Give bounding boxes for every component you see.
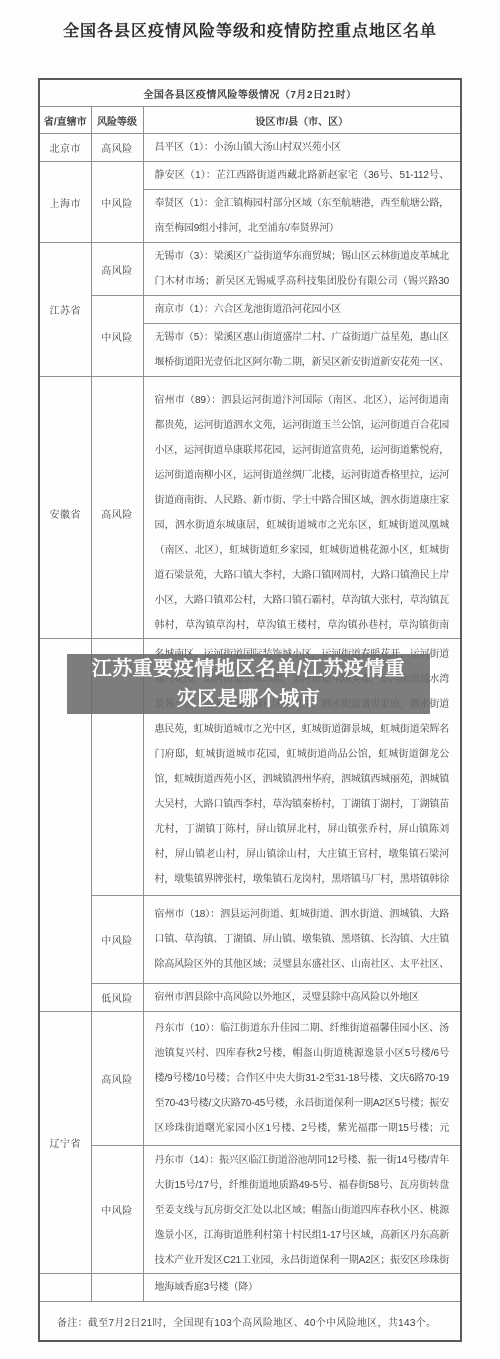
table-header-row: 省/直辖市 风险等级 设区市/县（市、区） [39, 107, 461, 134]
region-cell: 宿州市泗县除中高风险以外地区，灵璧县除中高风险以外地区 [143, 984, 461, 1012]
table-caption-row: 全国各县区疫情风险等级情况（7月2日21时） [39, 79, 461, 107]
level-badge: 中风险 [91, 162, 143, 243]
region-cell: 地海域香庭3号楼（降） [143, 1274, 461, 1302]
region-cell: 宿州市（89）：泗县运河街道汴河国际（南区、北区），运河街道南都贵苑，运河街道泗… [143, 377, 461, 651]
table-row: 北京市 高风险 昌平区（1）：小汤山镇大汤山村双兴苑小区 [39, 134, 461, 162]
level-badge: 中风险 [91, 896, 143, 984]
note-row: 备注：截至7月2日21时，全国现有103个高风险地区、40个中风险地区，共143… [39, 1302, 461, 1342]
province-anhui: 安徽省 [39, 377, 91, 651]
province-shanghai: 上海市 [39, 162, 91, 243]
province-empty-cell [39, 1274, 91, 1302]
province-beijing: 北京市 [39, 134, 91, 162]
level-badge: 中风险 [91, 1146, 143, 1274]
risk-table-segment-2: 名城南区，运河街道国际装饰城小区，运河街道春暖花开，运河街道瑞兴花园，运河街道乐… [38, 638, 462, 1274]
region-cell: 静安区（1）：芷江西路街道西藏北路新赵家宅（36号、51-112号、119-12… [143, 162, 461, 190]
region-cell: 奉贤区（1）：金汇镇梅园村部分区域（东至航塘港，西至航塘公路，南至梅园9组小排河… [143, 190, 461, 243]
level-empty-cell [91, 1274, 143, 1302]
table-row: 安徽省 高风险 宿州市（89）：泗县运河街道汴河国际（南区、北区），运河街道南都… [39, 377, 461, 651]
level-badge: 高风险 [91, 243, 143, 296]
province-liaoning: 辽宁省 [39, 1012, 91, 1274]
column-header-province: 省/直辖市 [39, 107, 91, 134]
table-row: 上海市 中风险 静安区（1）：芷江西路街道西藏北路新赵家宅（36号、51-112… [39, 162, 461, 190]
level-badge: 高风险 [91, 134, 143, 162]
table-row: 地海域香庭3号楼（降） [39, 1274, 461, 1302]
table-row: 中风险 南京市（1）：六合区龙池街道沿河花园小区 [39, 296, 461, 324]
level-badge: 低风险 [91, 984, 143, 1012]
caption-overlay-line1: 江苏重要疫情地区名单/江苏疫情重 [67, 654, 430, 684]
column-header-region: 设区市/县（市、区） [143, 107, 461, 134]
table-row: 江苏省 高风险 无锡市（3）：梁溪区广益街道华东商贸城；锡山区云林街道皮革城北门… [39, 243, 461, 296]
region-cell: 无锡市（5）：梁溪区惠山街道盛岸二村、广益街道广益星苑，惠山区堰桥街道阳光壹佰北… [143, 324, 461, 377]
region-cell: 丹东市（10）：临江街道东升佳园二期、纤维街道福馨佳园小区、汤池镇复兴村、四库春… [143, 1012, 461, 1146]
risk-table-segment-3: 地海域香庭3号楼（降） 备注：截至7月2日21时，全国现有103个高风险地区、4… [38, 1273, 462, 1342]
table-row: 低风险 宿州市泗县除中高风险以外地区，灵璧县除中高风险以外地区 [39, 984, 461, 1012]
table-row: 辽宁省 高风险 丹东市（10）：临江街道东升佳园二期、纤维街道福馨佳园小区、汤池… [39, 1012, 461, 1146]
region-cell: 丹东市（14）：振兴区临江街道浴池胡同12号楼、振一街14号楼/青年大街15号/… [143, 1146, 461, 1274]
caption-overlay-line2: 灾区是哪个城市 [67, 684, 430, 714]
region-cell: 南京市（1）：六合区龙池街道沿河花园小区 [143, 296, 461, 324]
region-cell: 无锡市（3）：梁溪区广益街道华东商贸城；锡山区云林街道皮革城北门木材市场；新吴区… [143, 243, 461, 296]
province-jiangsu: 江苏省 [39, 243, 91, 377]
table-row: 中风险 丹东市（14）：振兴区临江街道浴池胡同12号楼、振一街14号楼/青年大街… [39, 1146, 461, 1274]
region-cell: 宿州市（18）：泗县运河街道、虹城街道、泗水街道、泗城镇、大路口镇、草沟镇、丁湖… [143, 896, 461, 984]
column-header-level: 风险等级 [91, 107, 143, 134]
page-title: 全国各县区疫情风险等级和疫情防控重点地区名单 [0, 18, 500, 41]
risk-table-segment-1: 全国各县区疫情风险等级情况（7月2日21时） 省/直辖市 风险等级 设区市/县（… [38, 78, 462, 651]
level-badge: 高风险 [91, 377, 143, 651]
table-row: 中风险 宿州市（18）：泗县运河街道、虹城街道、泗水街道、泗城镇、大路口镇、草沟… [39, 896, 461, 984]
caption-overlay: 江苏重要疫情地区名单/江苏疫情重 灾区是哪个城市 [67, 654, 430, 714]
level-badge: 中风险 [91, 296, 143, 377]
note-text: 备注：截至7月2日21时，全国现有103个高风险地区、40个中风险地区，共143… [39, 1302, 461, 1342]
region-cell: 昌平区（1）：小汤山镇大汤山村双兴苑小区 [143, 134, 461, 162]
level-badge: 高风险 [91, 1012, 143, 1146]
table-caption: 全国各县区疫情风险等级情况（7月2日21时） [39, 79, 461, 107]
